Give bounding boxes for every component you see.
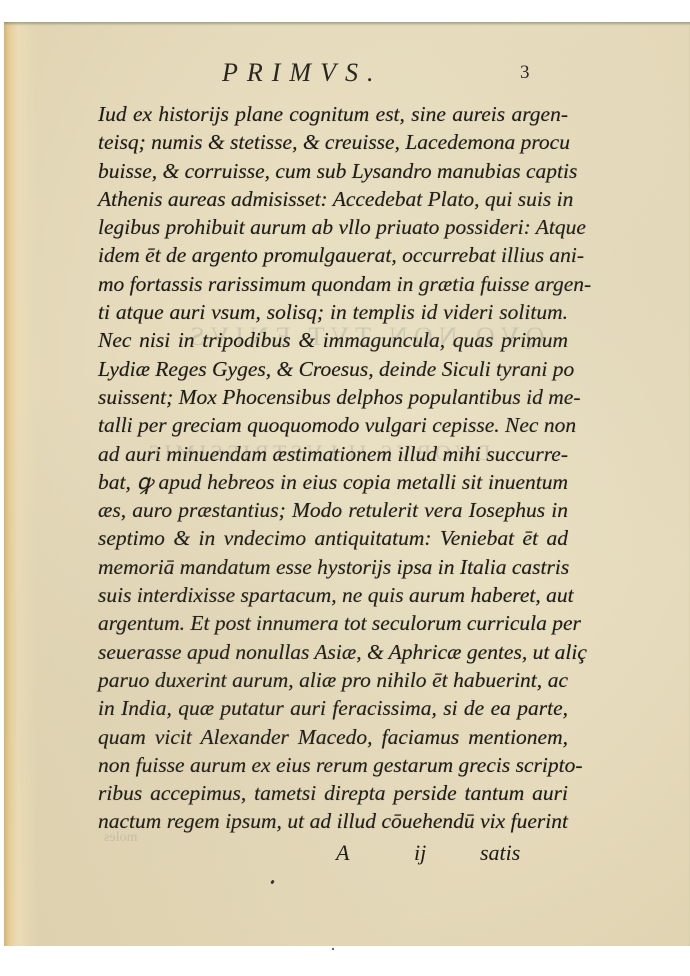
text-line: suis interdixisse spartacum, ne quis aur…: [98, 581, 568, 609]
text-line: teisq; numis & stetisse, & creuisse, Lac…: [98, 128, 568, 156]
body-text: Iud ex historijs plane cognitum est, sin…: [98, 100, 568, 836]
text-line: buisse, & corruisse, cum sub Lysandro ma…: [98, 157, 568, 185]
text-line: bat, ꝙ apud hebreos in eius copia metall…: [98, 468, 568, 496]
text-line: paruo duxerint aurum, aliæ pro nihilo ēt…: [98, 666, 568, 694]
text-line: talli per greciam quoquomodo vulgari cep…: [98, 411, 568, 439]
signature-numeral: ij: [414, 840, 426, 866]
running-head: PRIMVS.: [222, 58, 382, 88]
page-header: PRIMVS. 3: [4, 58, 690, 92]
signature-letter: A: [336, 840, 349, 866]
text-line: ad auri minuendam æstimationem illud mih…: [98, 440, 568, 468]
page-footer: A ij satis: [4, 840, 690, 870]
text-line: mo fortassis rarissimum quondam in græti…: [98, 270, 568, 298]
text-line: memoriā mandatum esse hystorijs ipsa in …: [98, 553, 568, 581]
text-line: Lydiæ Reges Gyges, & Croesus, deinde Sic…: [98, 355, 568, 383]
text-line: non fuisse aurum ex eius rerum gestarum …: [98, 751, 568, 779]
text-line: suissent; Mox Phocensibus delphos popula…: [98, 383, 568, 411]
text-line: legibus prohibuit aurum ab vllo priuato …: [98, 213, 568, 241]
text-line: ribus accepimus, tametsi direpta perside…: [98, 779, 568, 807]
ink-speck: [332, 948, 335, 951]
text-line: Athenis aureas admisisset: Accedebat Pla…: [98, 185, 568, 213]
text-line: idem ēt de argento promulgauerat, occurr…: [98, 241, 568, 269]
text-line: quam vicit Alexander Macedo, faciamus me…: [98, 723, 568, 751]
text-line: seuerasse apud nonullas Asiæ, & Aphricæ …: [98, 638, 568, 666]
book-page: QVO NON TVT ENIVS DVOBVS ILLVSTRISSIMIS …: [4, 22, 690, 946]
text-line: septimo & in vndecimo antiquitatum: Veni…: [98, 524, 568, 552]
text-line: Iud ex historijs plane cognitum est, sin…: [98, 100, 568, 128]
text-line: nactum regem ipsum, ut ad illud cōuehend…: [98, 807, 568, 835]
ink-speck: [270, 880, 275, 885]
text-line: Nec nisi in tripodibus & immaguncula, qu…: [98, 326, 568, 354]
text-line: æs, auro præstantius; Modo retulerit ver…: [98, 496, 568, 524]
text-line: argentum. Et post innumera tot seculorum…: [98, 609, 568, 637]
page-number: 3: [520, 62, 530, 84]
text-line: ti atque auri vsum, solisq; in templis i…: [98, 298, 568, 326]
catchword: satis: [480, 840, 520, 866]
text-line: in India, quæ putatur auri feracissima, …: [98, 694, 568, 722]
